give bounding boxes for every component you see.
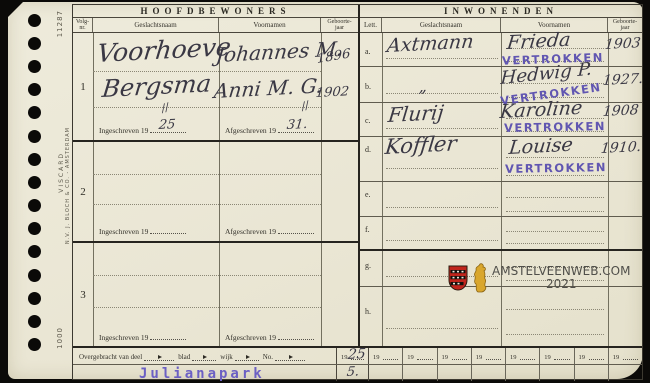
col-header-geslachtsnaam: Geslachtsnaam: [382, 18, 501, 32]
lodger-row-b: b. „ Hedwig P. VERTROKKEN 1927.: [360, 67, 642, 103]
voornamen-handwriting: Frieda: [506, 31, 572, 53]
afgeschreven-label: Afgeschreven 19: [225, 126, 276, 135]
binder-hole: [28, 222, 41, 235]
year-cell: 19: [540, 348, 574, 364]
column-line: [382, 251, 383, 286]
arrow-mark: [289, 355, 293, 359]
afgeschreven-label: Afgeschreven 19: [225, 333, 276, 342]
binder-hole: [28, 130, 41, 143]
binder-hole: [28, 83, 41, 96]
year-blank: [383, 359, 398, 360]
card-paper: 11287 VISCARD N.V. J. BLOCH & CO. - AMST…: [8, 2, 643, 379]
house-number-cell: 5.: [337, 365, 369, 381]
cut-corner: [8, 2, 23, 17]
voornamen-handwriting: Anni M. G.: [213, 75, 324, 101]
column-line: [608, 217, 609, 249]
lodger-row-f: f.: [360, 217, 642, 251]
serial-number-bottom: 1000: [56, 327, 64, 349]
binder-hole: [28, 315, 41, 328]
lodger-row-c: c. Flurij Karoline VERTROKKEN 1908: [360, 103, 642, 137]
writing-line: [506, 334, 604, 335]
column-line: [382, 182, 383, 216]
inwonenden-column-headers: Lett. Geslachtsnaam Voornamen Geboorte- …: [360, 18, 642, 33]
overgebracht-field: Overgebracht van deel blad wijk No.: [73, 348, 337, 364]
binder-hole: [28, 14, 41, 27]
binder-hole: [28, 37, 41, 50]
afgeschreven-field: Afgeschreven 1931.: [225, 125, 314, 135]
ingeschreven-label: Ingeschreven 19: [99, 227, 148, 236]
inwonenden-title: INWONENDEN: [360, 5, 642, 18]
vertrokken-stamp: VERTROKKEN: [505, 160, 607, 176]
resident-block-1: 1 Voorhoeve Johannes M. 1896 Bergsma Ann…: [73, 33, 358, 142]
lodger-row-h: h.: [360, 287, 642, 347]
empty-cell: [472, 365, 506, 381]
column-line: [501, 137, 502, 181]
address-cell: Julianapark: [73, 365, 337, 381]
hoofdbewoners-section: HOOFDBEWONERS Volg- nr. Geslachtsnaam Vo…: [73, 5, 360, 346]
binder-hole: [28, 338, 41, 351]
volgnr-label: 1: [73, 33, 93, 140]
voornamen-handwriting: Louise: [508, 136, 574, 158]
year-prefix: 19: [579, 354, 586, 361]
serial-number-top: 11287: [56, 10, 64, 37]
empty-cells: [369, 365, 642, 381]
column-line: [382, 33, 383, 66]
geboortejaar-handwriting: 1910.: [600, 140, 642, 156]
hoofdbewoners-title: HOOFDBEWONERS: [73, 5, 358, 18]
column-line: [608, 182, 609, 216]
binder-hole: [28, 176, 41, 189]
binder-hole: [28, 269, 41, 282]
writing-line: [386, 328, 498, 329]
year-prefix: 19: [544, 354, 551, 361]
column-line: [321, 142, 322, 241]
volgnr-label: 2: [73, 142, 93, 241]
lodger-row-d: d. Koffler Louise 1910. VERTROKKEN: [360, 137, 642, 182]
lett-label: c.: [365, 116, 371, 125]
year-prefix: 19: [373, 354, 380, 361]
geslachtsnaam-handwriting: Bergsma: [101, 71, 212, 101]
writing-line: [93, 307, 321, 308]
year-prefix: 19: [613, 354, 620, 361]
arrow-mark: [203, 355, 207, 359]
writing-line: [386, 58, 498, 59]
year-blank: [520, 359, 535, 360]
transfer-year-cell: 19 25: [337, 348, 369, 364]
year-blank: [417, 359, 432, 360]
empty-cell: [403, 365, 437, 381]
year-cell: 19: [369, 348, 403, 364]
column-line: [382, 103, 383, 136]
empty-cell: [438, 365, 472, 381]
year-prefix: 19: [407, 354, 414, 361]
lett-label: g.: [365, 261, 371, 270]
col-header-volgnr: Volg- nr.: [73, 18, 93, 32]
geslachtsnaam-handwriting: Voorhoeve: [96, 34, 232, 66]
address-row: Julianapark 5.: [73, 365, 642, 381]
ingeschreven-field: Ingeschreven 1925: [99, 125, 186, 135]
empty-cell: [609, 365, 642, 381]
writing-line: [506, 211, 604, 212]
ingeschreven-field: Ingeschreven 19: [99, 332, 186, 342]
overgebracht-label: Overgebracht van deel: [79, 353, 142, 361]
lodger-row-e: e.: [360, 182, 642, 217]
year-cell: 19: [506, 348, 540, 364]
geboortejaar-handwriting: 1908: [602, 103, 639, 119]
resident-block-3: 3 Ingeschreven 19 Afgeschreven 19: [73, 243, 358, 347]
street-stamp: Julianapark: [139, 366, 265, 382]
afgeschreven-label: Afgeschreven 19: [225, 227, 276, 236]
binder-hole: [28, 199, 41, 212]
wijk-label: wijk: [220, 353, 232, 361]
lett-label: d.: [365, 145, 371, 154]
year-blank: [623, 359, 638, 360]
writing-line: [386, 240, 498, 241]
year-prefix: 19: [442, 354, 449, 361]
column-line: [382, 217, 383, 249]
no-label: No.: [263, 353, 273, 361]
geslachtsnaam-handwriting: Koffler: [384, 133, 458, 158]
lett-label: a.: [365, 47, 371, 56]
column-line: [382, 67, 383, 102]
printer-brand: VISCARD: [58, 152, 65, 193]
lett-label: f.: [365, 225, 370, 234]
year-cell: 19: [438, 348, 472, 364]
writing-line: [93, 275, 321, 276]
year-blank: [452, 359, 467, 360]
binder-hole: [28, 292, 41, 305]
geboortejaar-handwriting: 1902: [315, 85, 350, 100]
lett-label: h.: [365, 307, 371, 316]
amstelveen-shield-icon: [448, 265, 468, 291]
year-prefix: 19: [510, 354, 517, 361]
writing-line: [506, 309, 604, 310]
column-line: [93, 33, 94, 140]
writing-line: [93, 204, 321, 205]
column-line: [93, 142, 94, 241]
geslachtsnaam-handwriting: Flurij: [387, 102, 445, 125]
geslachtsnaam-handwriting: Axtmann: [386, 33, 474, 56]
afgeschreven-year-handwriting: 31.: [286, 118, 308, 132]
year-cell: 19: [403, 348, 437, 364]
inwonenden-section: INWONENDEN Lett. Geslachtsnaam Voornamen…: [360, 5, 642, 346]
empty-cell: [575, 365, 609, 381]
arrow-mark: [158, 355, 162, 359]
column-line: [321, 243, 322, 347]
column-line: [608, 287, 609, 347]
geboortejaar-handwriting: 1903: [604, 36, 641, 52]
empty-cell: [369, 365, 403, 381]
column-line: [219, 243, 220, 347]
gold-lion-icon: [471, 263, 489, 293]
year-cell: 19: [472, 348, 506, 364]
transfer-row: Overgebracht van deel blad wijk No. 19 2…: [73, 348, 642, 365]
year-blank: [589, 359, 604, 360]
year-cell: 19: [575, 348, 609, 364]
column-line: [382, 287, 383, 347]
afgeschreven-field: Afgeschreven 19: [225, 226, 314, 236]
column-line: [501, 217, 502, 249]
transfer-year-handwriting: 25: [347, 347, 366, 362]
year-blank: [554, 359, 569, 360]
writing-line: [386, 128, 498, 129]
writing-line: [386, 168, 498, 169]
writing-line: [506, 243, 604, 244]
future-year-cells: 19 19 19 19 19 19 19 19: [369, 348, 642, 364]
ditto-mark-handwriting: „: [418, 79, 428, 95]
arrow-mark: [246, 355, 250, 359]
col-header-geboortejaar: Geboorte- jaar: [321, 18, 358, 32]
geboortejaar-handwriting: 1927.: [602, 72, 644, 88]
printer-name: N.V. J. BLOCH & CO. - AMSTERDAM: [65, 127, 71, 244]
watermark-year: 2021: [492, 278, 630, 291]
afgeschreven-field: Afgeschreven 19: [225, 332, 314, 342]
year-cell: 19: [609, 348, 642, 364]
register-card-scan: 11287 VISCARD N.V. J. BLOCH & CO. - AMST…: [0, 0, 650, 383]
ingeschreven-year-handwriting: 25: [158, 118, 176, 132]
ingeschreven-field: Ingeschreven 19: [99, 226, 186, 236]
writing-line: [386, 207, 498, 208]
column-line: [501, 182, 502, 216]
empty-cell: [540, 365, 574, 381]
lett-label: e.: [365, 190, 371, 199]
lett-label: b.: [365, 82, 371, 91]
geboortejaar-handwriting: 1896: [317, 47, 351, 66]
register-table: HOOFDBEWONERS Volg- nr. Geslachtsnaam Vo…: [72, 4, 643, 380]
vertrokken-stamp: VERTROKKEN: [504, 119, 606, 135]
column-line: [501, 287, 502, 347]
empty-cell: [506, 365, 540, 381]
transfer-strip: Overgebracht van deel blad wijk No. 19 2…: [73, 346, 642, 379]
ingeschreven-label: Ingeschreven 19: [99, 126, 148, 135]
column-line: [93, 243, 94, 347]
col-header-geslachtsnaam: Geslachtsnaam: [93, 18, 219, 32]
writing-line: [506, 231, 604, 232]
blad-label: blad: [178, 353, 190, 361]
binder-hole: [28, 60, 41, 73]
hoofdbewoners-column-headers: Volg- nr. Geslachtsnaam Voornamen Geboor…: [73, 18, 358, 33]
writing-line: [386, 93, 498, 94]
voornamen-handwriting: Karoline: [499, 99, 583, 122]
binder-hole: [28, 245, 41, 258]
year-blank: [486, 359, 501, 360]
year-prefix: 19: [476, 354, 483, 361]
ditto-marks-handwriting: //: [160, 101, 170, 114]
writing-line: [93, 174, 321, 175]
writing-line: [93, 107, 321, 108]
ingeschreven-label: Ingeschreven 19: [99, 333, 148, 342]
volgnr-label: 3: [73, 243, 93, 347]
col-header-lett: Lett.: [360, 18, 382, 32]
watermark: AMSTELVEENWEB.COM 2021: [448, 263, 630, 293]
binder-hole: [28, 153, 41, 166]
lodger-row-a: a. Axtmann Frieda VERTROKKEN 1903: [360, 33, 642, 67]
column-line: [219, 142, 220, 241]
col-header-geboortejaar: Geboorte- jaar: [608, 18, 642, 32]
col-header-voornamen: Voornamen: [219, 18, 321, 32]
binder-hole: [28, 106, 41, 119]
house-number-handwriting: 5.: [346, 365, 360, 379]
ditto-marks-handwriting: //: [300, 99, 310, 112]
resident-block-2: 2 Ingeschreven 19 Afgeschreven 19: [73, 142, 358, 243]
writing-line: [506, 197, 604, 198]
